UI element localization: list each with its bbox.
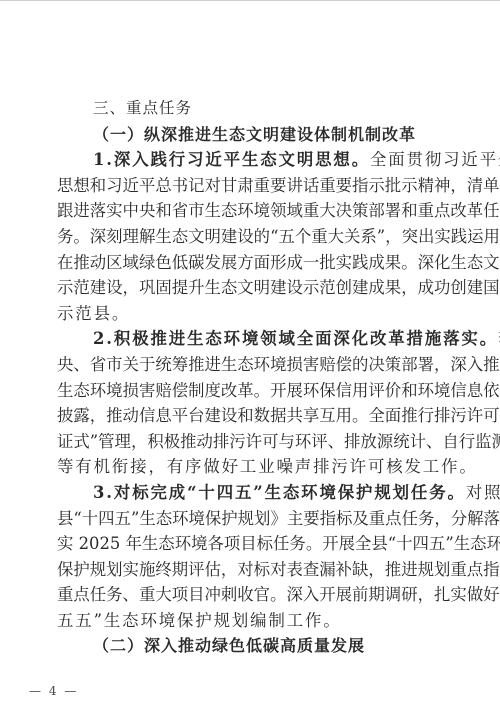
item-1-line: 思想和习近平总书记对甘肃重要讲话重要指示批示精神，清单化 bbox=[57, 173, 444, 199]
item-3-line: 实 2025 年生态环境各项目标任务。开展全县“十四五”生态环境 bbox=[57, 531, 444, 557]
item-3-line: 五五”生态环境保护规划编制工作。 bbox=[57, 608, 444, 634]
item-3-line: 重点任务、重大项目冲刺收官。深入开展前期调研，扎实做好“十 bbox=[57, 582, 444, 608]
item-2-line: 央、省市关于统筹推进生态环境损害赔偿的决策部署，深入推动 bbox=[57, 352, 444, 378]
subsection-2-title: （二）深入推动绿色低碳高质量发展 bbox=[57, 633, 444, 659]
section-title: 三、重点任务 bbox=[57, 96, 444, 122]
item-2-line: 披露，推动信息平台建设和数据共享互用。全面推行排污许可“一 bbox=[57, 403, 444, 429]
document-page: 三、重点任务 （一）纵深推进生态文明建设体制机制改革 1.深入践行习近平生态文明… bbox=[57, 96, 444, 659]
item-3-lead: 3.对标完成“十四五”生态环境保护规划任务。 bbox=[93, 483, 466, 502]
item-2-lead: 2.积极推进生态环境领域全面深化改革措施落实。 bbox=[93, 329, 498, 348]
item-3-line: 保护规划实施终期评估，对标对表查漏补缺，推进规划重点指标、 bbox=[57, 557, 444, 583]
item-2-line: 等有机衔接，有序做好工业噪声排污许可核发工作。 bbox=[57, 454, 444, 480]
page-top-border bbox=[0, 0, 500, 1]
item-1-line: 跟进落实中央和省市生态环境领域重大决策部署和重点改革任 bbox=[57, 198, 444, 224]
item-1-lead: 1.深入践行习近平生态文明思想。 bbox=[93, 150, 370, 169]
item-2-line: 证式”管理，积极推动排污许可与环评、排放源统计、自行监测 bbox=[57, 429, 444, 455]
item-3-line: 县“十四五”生态环境保护规划》主要指标及重点任务，分解落 bbox=[57, 506, 444, 532]
subsection-1-title: （一）纵深推进生态文明建设体制机制改革 bbox=[57, 122, 444, 148]
item-1-first-line: 1.深入践行习近平生态文明思想。全面贯彻习近平生态文明 bbox=[57, 147, 444, 173]
item-2-first-line: 2.积极推进生态环境领域全面深化改革措施落实。落实中 bbox=[57, 326, 444, 352]
item-3-first-line: 3.对标完成“十四五”生态环境保护规划任务。对照《泾川 bbox=[57, 480, 444, 506]
item-1-line: 在推动区域绿色低碳发展方面形成一批实践成果。深化生态文明 bbox=[57, 250, 444, 276]
page-number: — 4 — bbox=[29, 684, 78, 698]
item-1-line: 示范建设，巩固提升生态文明建设示范创建成果，成功创建国家 bbox=[57, 275, 444, 301]
item-1-line: 示范县。 bbox=[57, 301, 444, 327]
item-2-line: 生态环境损害赔偿制度改革。开展环保信用评价和环境信息依法 bbox=[57, 378, 444, 404]
item-1-line: 务。深刻理解生态文明建设的“五个重大关系”，突出实践运用， bbox=[57, 224, 444, 250]
